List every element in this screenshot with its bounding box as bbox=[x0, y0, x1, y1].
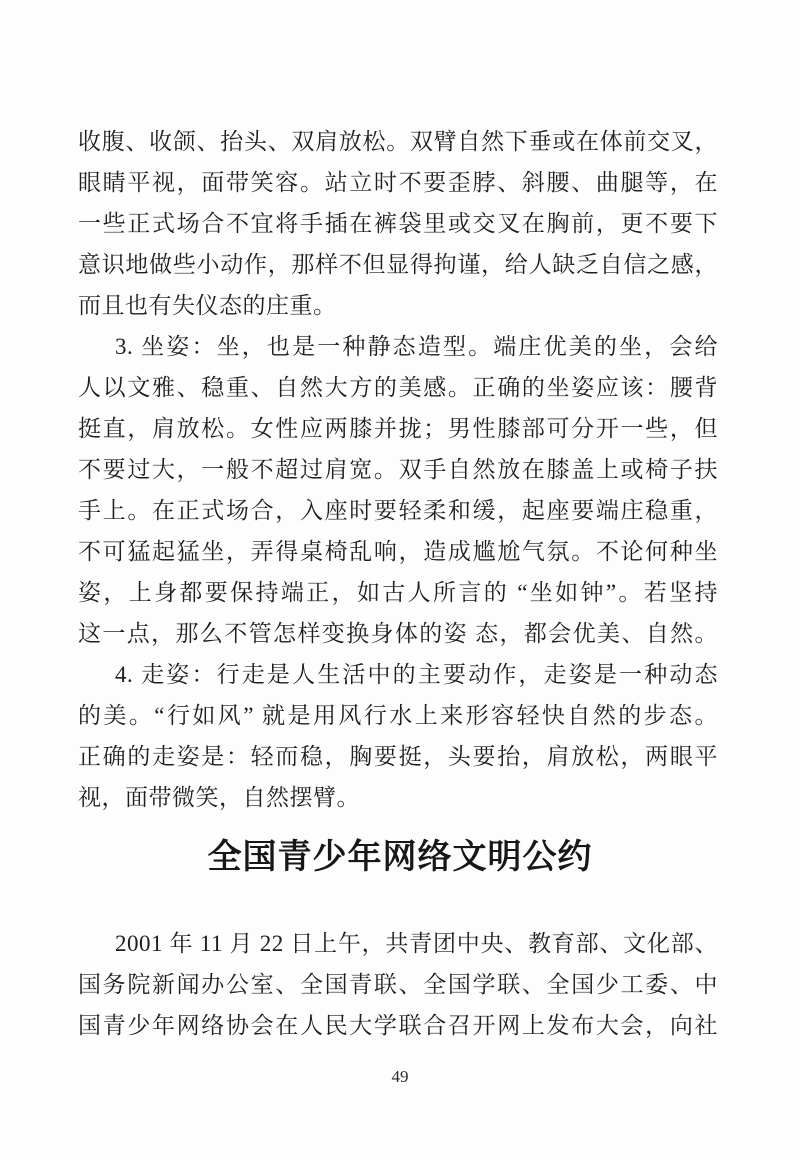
text-line: 正确的走姿是：轻而稳，胸要挺，头要抬，肩放松，两眼平 bbox=[78, 736, 718, 777]
text-line: 的美。“行如风” 就是用风行水上来形容轻快自然的步态。 bbox=[78, 695, 718, 736]
text-line-paragraph-start: 4. 走姿：行走是人生活中的主要动作，走姿是一种动态 bbox=[78, 654, 718, 695]
body-text-lower: 2001 年 11 月 22 日上午，共青团中央、教育部、文化部、 国务院新闻办… bbox=[78, 923, 718, 1046]
text-line: 收腹、收颌、抬头、双肩放松。双臂自然下垂或在体前交叉， bbox=[78, 121, 718, 162]
text-line-paragraph-start: 3. 坐姿：坐，也是一种静态造型。端庄优美的坐，会给 bbox=[78, 326, 718, 367]
text-line: 国务院新闻办公室、全国青联、全国学联、全国少工委、中 bbox=[78, 964, 718, 1005]
text-line: 不要过大，一般不超过肩宽。双手自然放在膝盖上或椅子扶 bbox=[78, 449, 718, 490]
text-line: 挺直，肩放松。女性应两膝并拢；男性膝部可分开一些，但 bbox=[78, 408, 718, 449]
text-line: 国青少年网络协会在人民大学联合召开网上发布大会，向社 bbox=[78, 1005, 718, 1046]
page-number: 49 bbox=[0, 1066, 800, 1088]
text-line: 一些正式场合不宜将手插在裤袋里或交叉在胸前，更不要下 bbox=[78, 203, 718, 244]
text-line: 视，面带微笑，自然摆臂。 bbox=[78, 777, 718, 818]
body-text-upper: 收腹、收颌、抬头、双肩放松。双臂自然下垂或在体前交叉， 眼睛平视，面带笑容。站立… bbox=[78, 121, 718, 818]
text-line: 不可猛起猛坐，弄得桌椅乱响，造成尴尬气氛。不论何种坐 bbox=[78, 531, 718, 572]
text-line: 意识地做些小动作，那样不但显得拘谨，给人缺乏自信之感， bbox=[78, 244, 718, 285]
text-line: 而且也有失仪态的庄重。 bbox=[78, 285, 718, 326]
section-title: 全国青少年网络文明公约 bbox=[0, 836, 800, 880]
text-line: 手上。在正式场合，入座时要轻柔和缓，起座要端庄稳重， bbox=[78, 490, 718, 531]
text-line: 眼睛平视，面带笑容。站立时不要歪脖、斜腰、曲腿等，在 bbox=[78, 162, 718, 203]
text-line: 这一点，那么不管怎样变换身体的姿 态，都会优美、自然。 bbox=[78, 613, 718, 654]
text-line: 人以文雅、稳重、自然大方的美感。正确的坐姿应该：腰背 bbox=[78, 367, 718, 408]
text-line: 姿，上身都要保持端正，如古人所言的 “坐如钟”。若坚持 bbox=[78, 572, 718, 613]
book-page: 收腹、收颌、抬头、双肩放松。双臂自然下垂或在体前交叉， 眼睛平视，面带笑容。站立… bbox=[0, 0, 800, 1161]
text-line-paragraph-start: 2001 年 11 月 22 日上午，共青团中央、教育部、文化部、 bbox=[78, 923, 718, 964]
